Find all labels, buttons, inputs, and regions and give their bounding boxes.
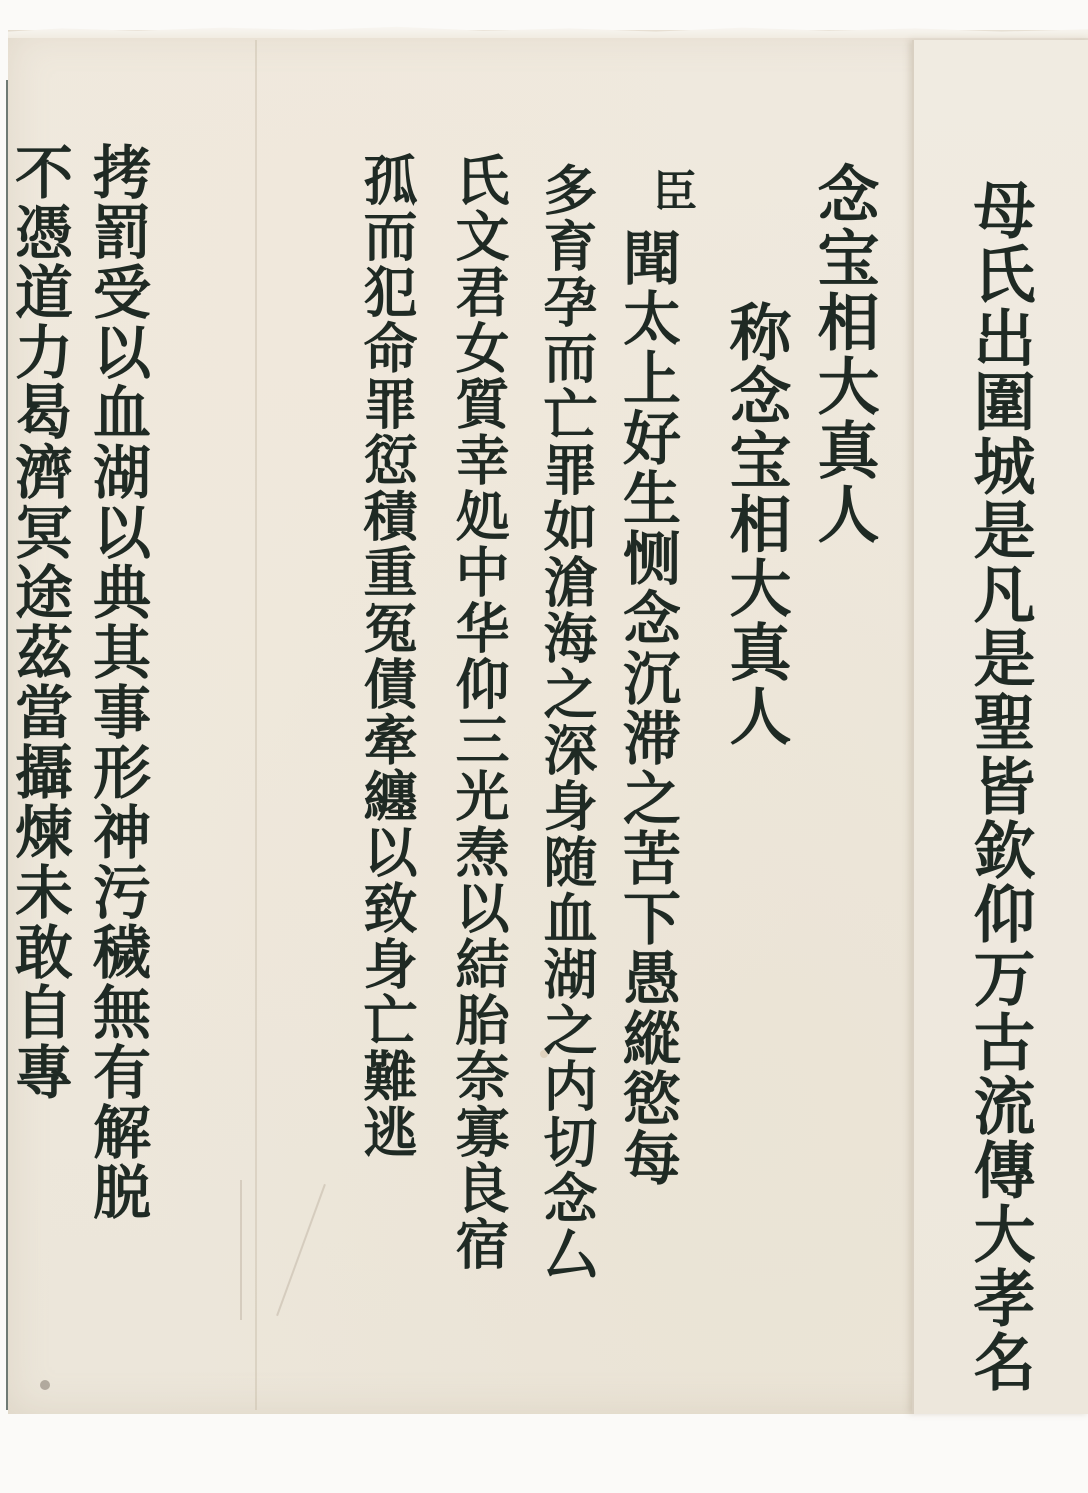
text-column-4: 聞太上好生恻念沉滞之苦下愚縱慾每 [618, 228, 676, 1188]
text-column-9: 不憑道力曷濟冥途茲當攝煉未敢自專 [10, 142, 68, 1102]
heading-column-2: 念宝相大真人 [812, 162, 874, 546]
text-column-6: 氏文君女質幸処中华仰三光焘以結胎奈寡良宿 [452, 152, 506, 1272]
text-column-8: 拷罰受以血湖以典其事形神污穢無有解脱 [88, 142, 146, 1222]
paper-spot [40, 1380, 50, 1390]
raised-honorific-char: 臣 [648, 168, 692, 214]
heading-column-3: 称念宝相大真人 [724, 300, 786, 748]
text-column-1: 母氏出圍城是凡是聖皆欽仰万古流傳大孝名 [968, 178, 1030, 1394]
paper-fold-line [255, 40, 257, 1410]
text-column-5: 多育孕而亡罪如滄海之深身随血湖之内切念厶 [540, 162, 594, 1282]
text-column-7: 孤而犯命罪愆積重冤債牽纏以致身亡難逃 [360, 152, 414, 1160]
paper-crease [240, 1180, 242, 1320]
